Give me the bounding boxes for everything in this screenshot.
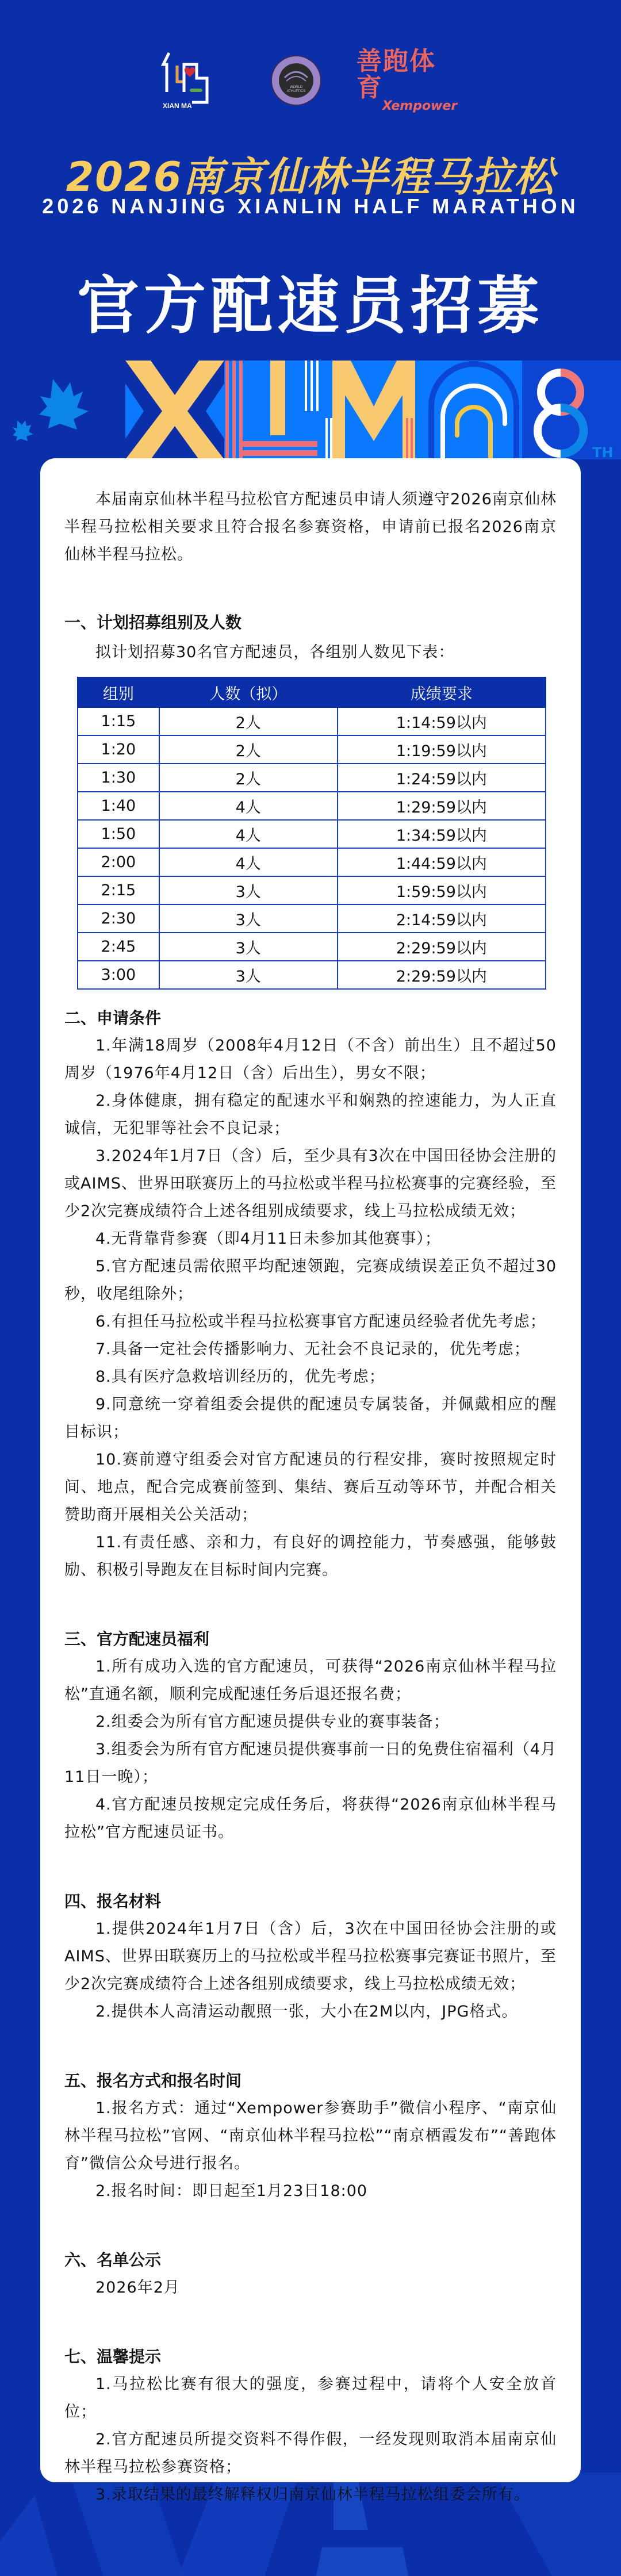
cell-group: 2:30 <box>78 904 159 933</box>
list-item: 4.官方配速员按规定完成任务后，将获得“2026南京仙林半程马拉松”官方配速员证… <box>64 1791 557 1846</box>
cell-count: 4人 <box>159 820 338 848</box>
cell-requirement: 1:14:59以内 <box>338 707 546 735</box>
list-item: 6.有担任马拉松或半程马拉松赛事官方配速员经验者优先考虑； <box>64 1308 557 1336</box>
cell-count: 3人 <box>159 961 338 989</box>
list-item: 1.提供2024年1月7日（含）后，3次在中国田径协会注册的或AIMS、世界田联… <box>64 1915 557 1998</box>
maple-leaf-icon <box>13 379 89 441</box>
list-item: 4.无背靠背参赛（即4月11日未参加其他赛事）； <box>64 1225 557 1253</box>
pacer-groups-table: 组别 人数（拟） 成绩要求 1:152人1:14:59以内 1:202人1:19… <box>77 677 546 990</box>
table-row: 2:303人2:14:59以内 <box>78 904 546 933</box>
list-item: 2.身体健康，拥有稳定的配速水平和娴熟的控速能力，为人正直诚信，无犯罪等社会不良… <box>64 1087 557 1143</box>
cell-requirement: 1:19:59以内 <box>338 735 546 764</box>
cell-requirement: 2:14:59以内 <box>338 904 546 933</box>
cell-group: 3:00 <box>78 961 159 989</box>
list-item: 3.录取结果的最终解释权归南京仙林半程马拉松组委会所有。 <box>64 2481 557 2509</box>
svg-text:ATHLETICS: ATHLETICS <box>287 90 306 93</box>
cell-count: 3人 <box>159 876 338 904</box>
xempower-logo-en: Xempower <box>382 99 457 113</box>
table-intro: 拟计划招募30名官方配速员，各组别人数见下表： <box>64 639 557 666</box>
list-item: 10.赛前遵守组委会对官方配速员的行程安排，赛时按照规定时间、地点，配合完成赛前… <box>64 1446 557 1529</box>
column-header-count: 人数（拟） <box>159 677 338 707</box>
cell-count: 3人 <box>159 904 338 933</box>
svg-text:XIAN MA: XIAN MA <box>163 102 192 109</box>
cell-requirement: 1:34:59以内 <box>338 820 546 848</box>
event-title-en: 2026 NANJING XIANLIN HALF MARATHON <box>0 194 621 218</box>
table-row: 2:004人1:44:59以内 <box>78 848 546 876</box>
xian-ma-logo: XIAN MA <box>161 52 236 109</box>
section-title-materials: 四、报名材料 <box>64 1888 557 1915</box>
intro-paragraph: 本届南京仙林半程马拉松官方配速员申请人须遵守2026南京仙林半程马拉松相关要求且… <box>64 486 557 569</box>
table-row: 1:202人1:19:59以内 <box>78 735 546 764</box>
cell-requirement: 1:29:59以内 <box>338 792 546 820</box>
list-item: 2.报名时间：即日起至1月23日18:00 <box>64 2178 557 2205</box>
xlm-8th-banner: TH <box>0 361 621 459</box>
cell-count: 3人 <box>159 933 338 961</box>
cell-group: 1:15 <box>78 707 159 735</box>
list-item: 2.官方配速员所提交资料不得作假，一经发现则取消本届南京仙林半程马拉松参赛资格； <box>64 2426 557 2481</box>
letter-m-graphic <box>322 361 425 459</box>
section-title-requirements: 二、申请条件 <box>64 1005 557 1032</box>
table-row: 1:504人1:34:59以内 <box>78 820 546 848</box>
letter-l-graphic <box>224 361 322 459</box>
cell-requirement: 2:29:59以内 <box>338 961 546 989</box>
letter-x-graphic <box>125 361 224 459</box>
xempower-logo: 善跑体育 Xempower <box>356 57 460 103</box>
cell-group: 2:15 <box>78 876 159 904</box>
table-row: 2:153人1:59:59以内 <box>78 876 546 904</box>
cell-count: 2人 <box>159 735 338 764</box>
cell-requirement: 1:24:59以内 <box>338 764 546 792</box>
section-title-recruitment-groups: 一、计划招募组别及人数 <box>64 609 557 637</box>
list-item: 9.同意统一穿着组委会提供的配速员专属装备，并佩戴相应的醒目标识； <box>64 1391 557 1446</box>
list-item: 1.报名方式：通过“Xempower参赛助手”微信小程序、“南京仙林半程马拉松”… <box>64 2095 557 2178</box>
list-item: 2.提供本人高清运动靓照一张，大小在2M以内，JPG格式。 <box>64 1998 557 2026</box>
cell-count: 2人 <box>159 707 338 735</box>
content-card: 本届南京仙林半程马拉松官方配速员申请人须遵守2026南京仙林半程马拉松相关要求且… <box>40 458 581 2482</box>
table-row: 2:453人2:29:59以内 <box>78 933 546 961</box>
table-header-row: 组别 人数（拟） 成绩要求 <box>78 677 546 707</box>
table-row: 3:003人2:29:59以内 <box>78 961 546 989</box>
section-title-tips: 七、温馨提示 <box>64 2343 557 2371</box>
cell-requirement: 1:59:59以内 <box>338 876 546 904</box>
cell-group: 1:20 <box>78 735 159 764</box>
cell-group: 1:50 <box>78 820 159 848</box>
list-item: 1.所有成功入选的官方配速员，可获得“2026南京仙林半程马拉松”直通名额，顺利… <box>64 1653 557 1708</box>
cell-group: 1:30 <box>78 764 159 792</box>
logo-row: XIAN MA WORLD ATHLETICS 善跑体育 Xempower <box>0 46 621 115</box>
cell-group: 1:40 <box>78 792 159 820</box>
cell-requirement: 2:29:59以内 <box>338 933 546 961</box>
list-item: 3.组委会为所有官方配速员提供赛事前一日的免费住宿福利（4月11日一晚）； <box>64 1736 557 1791</box>
column-header-group: 组别 <box>78 677 159 707</box>
table-row: 1:404人1:29:59以内 <box>78 792 546 820</box>
list-item: 1.马拉松比赛有很大的强度，参赛过程中，请将个人安全放首位； <box>64 2371 557 2426</box>
list-item: 5.官方配速员需依照平均配速领跑，完赛成绩误差正负不超过30秒，收尾组除外； <box>64 1253 557 1308</box>
cell-group: 2:00 <box>78 848 159 876</box>
section-title-registration: 五、报名方式和报名时间 <box>64 2067 557 2095</box>
list-item: 8.具有医疗急救培训经历的，优先考虑； <box>64 1363 557 1391</box>
cell-count: 4人 <box>159 848 338 876</box>
list-item: 1.年满18周岁（2008年4月12日（不含）前出生）且不超过50周岁（1976… <box>64 1032 557 1087</box>
list-item: 2.组委会为所有官方配速员提供专业的赛事装备； <box>64 1708 557 1736</box>
cell-group: 2:45 <box>78 933 159 961</box>
edition-suffix: TH <box>592 444 613 459</box>
section-title-announcement: 六、名单公示 <box>64 2247 557 2274</box>
cell-count: 4人 <box>159 792 338 820</box>
cell-requirement: 1:44:59以内 <box>338 848 546 876</box>
xempower-logo-cn: 善跑体育 <box>356 48 460 101</box>
section-title-benefits: 三、官方配速员福利 <box>64 1626 557 1653</box>
xian-ma-logo-icon: XIAN MA <box>161 52 236 109</box>
list-item: 2026年2月 <box>64 2274 557 2302</box>
list-item: 3.2024年1月7日（含）后，至少具有3次在中国田径协会注册的或AIMS、世界… <box>64 1143 557 1225</box>
list-item: 7.具备一定社会传播影响力、无社会不良记录的，优先考虑； <box>64 1336 557 1363</box>
world-athletics-badge-icon: WORLD ATHLETICS <box>270 55 322 106</box>
edition-8th-graphic: TH <box>522 361 621 459</box>
svg-text:WORLD: WORLD <box>290 86 303 89</box>
arch-graphic <box>425 361 522 459</box>
world-athletics-elite-label-logo: WORLD ATHLETICS <box>270 55 322 106</box>
column-header-requirement: 成绩要求 <box>338 677 546 707</box>
table-row: 1:302人1:24:59以内 <box>78 764 546 792</box>
list-item: 11.有责任感、亲和力，有良好的调控能力，节奏感强，能够鼓励、积极引导跑友在目标… <box>64 1529 557 1584</box>
page-title: 官方配速员招募 <box>0 256 621 345</box>
cell-count: 2人 <box>159 764 338 792</box>
table-row: 1:152人1:14:59以内 <box>78 707 546 735</box>
